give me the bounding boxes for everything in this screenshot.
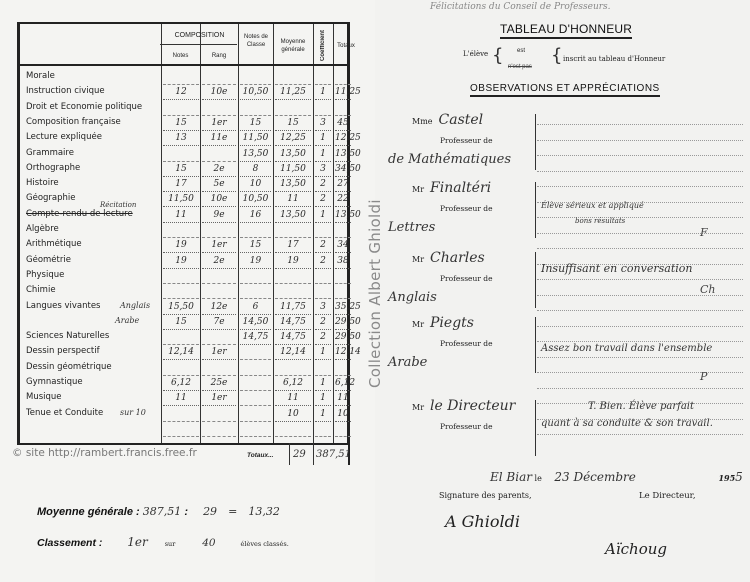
observation-dotted-line bbox=[537, 217, 743, 218]
cell-coef: 2 bbox=[315, 238, 331, 253]
teacher-block: MrPiegtsProfesseur deArabe bbox=[380, 315, 540, 377]
professeur-de-label: Professeur de bbox=[440, 422, 493, 431]
totaux-coefficient: 29 bbox=[293, 449, 306, 460]
cell-moyenne: 11,50 bbox=[275, 162, 311, 177]
cell-coef: 2 bbox=[315, 177, 331, 192]
cell-moyenne: 12,14 bbox=[275, 345, 311, 360]
teacher-name: MmeCastel bbox=[412, 112, 483, 128]
cell-total: 34 bbox=[335, 238, 351, 253]
observation-dotted-line bbox=[537, 155, 743, 156]
date-year-prefix: 195 bbox=[718, 473, 735, 483]
cell-moyenne: 13,50 bbox=[275, 177, 311, 192]
subject-annotation: Anglais bbox=[120, 301, 150, 310]
cell-moyenne: 11,25 bbox=[275, 85, 311, 100]
cell-notes bbox=[163, 147, 199, 162]
cell-coef: 2 bbox=[315, 192, 331, 207]
moyenne-sep: : bbox=[184, 506, 188, 518]
subject-label: Instruction civique bbox=[26, 86, 161, 96]
cell-moyenne: 10 bbox=[275, 407, 311, 422]
cell-moyenne: 11 bbox=[275, 391, 311, 406]
table-row: Physique bbox=[20, 269, 347, 284]
cell-classe bbox=[240, 284, 271, 299]
classement: Classement : 1er sur 40 élèves classés. bbox=[37, 535, 289, 549]
observation-text: quant à sa conduite & son travail. bbox=[541, 418, 713, 429]
cell-rang: 1er bbox=[202, 238, 236, 253]
cell-rang: 2e bbox=[202, 254, 236, 269]
cell-notes bbox=[163, 330, 199, 345]
cell-classe: 8 bbox=[240, 162, 271, 177]
professeur-de-label: Professeur de bbox=[440, 339, 493, 348]
teacher-block: MrFinaltériProfesseur deLettres bbox=[380, 180, 540, 242]
cell-notes: 19 bbox=[163, 254, 199, 269]
cell-coef: 2 bbox=[315, 254, 331, 269]
teacher-name: MrPiegts bbox=[412, 315, 474, 331]
eleve-label: L'élève bbox=[463, 50, 488, 58]
professeur-de-label: Professeur de bbox=[440, 136, 493, 145]
cell-moyenne: 13,50 bbox=[275, 208, 311, 223]
cell-total bbox=[335, 361, 351, 376]
brace-left: { bbox=[492, 45, 503, 66]
totals-divider bbox=[313, 443, 314, 465]
moyenne-coef: 29 bbox=[203, 505, 217, 518]
cell-notes bbox=[163, 269, 199, 284]
table-row: Tenue et Conduite10110sur 10 bbox=[20, 407, 347, 422]
cell-notes: 11 bbox=[163, 208, 199, 223]
cell-total: 22 bbox=[335, 192, 351, 207]
date-place: El Biar bbox=[490, 470, 532, 484]
table-row: Géométrie192e1919238 bbox=[20, 254, 347, 269]
cell-classe bbox=[240, 223, 271, 238]
cell-total: 29,50 bbox=[335, 330, 351, 345]
cell-moyenne bbox=[275, 361, 311, 376]
cell-total: 29,50 bbox=[335, 315, 351, 330]
cell-coef: 1 bbox=[315, 376, 331, 391]
subject-label: Arithmétique bbox=[26, 239, 161, 249]
observation-dotted-line bbox=[537, 140, 743, 141]
teacher-title: Mme bbox=[412, 117, 433, 126]
cell-rang: 1er bbox=[202, 391, 236, 406]
cell-coef bbox=[315, 269, 331, 284]
cell-moyenne bbox=[275, 422, 311, 437]
moyenne-eq: = bbox=[228, 505, 237, 518]
cell-classe: 16 bbox=[240, 208, 271, 223]
cell-total: 38 bbox=[335, 254, 351, 269]
teacher-subject: Lettres bbox=[388, 220, 435, 235]
cell-total: 11,25 bbox=[335, 85, 351, 100]
director-signature: Aïchoug bbox=[605, 540, 667, 558]
cell-total: 12,25 bbox=[335, 131, 351, 146]
subject-label: Dessin perspectif bbox=[26, 346, 161, 356]
cell-total: 13,50 bbox=[335, 208, 351, 223]
subject-label: Droit et Economie politique bbox=[26, 102, 161, 112]
subject-label: Musique bbox=[26, 392, 161, 402]
observation-dotted-line bbox=[537, 248, 743, 249]
cell-coef: 1 bbox=[315, 131, 331, 146]
header-composition: COMPOSITION bbox=[161, 32, 238, 40]
table-row: Chimie bbox=[20, 284, 347, 299]
cell-coef bbox=[315, 422, 331, 437]
brace-bar bbox=[535, 252, 536, 308]
date-le: le bbox=[535, 474, 542, 483]
cell-classe: 10,50 bbox=[240, 192, 271, 207]
cell-total: 35,25 bbox=[335, 300, 351, 315]
cell-classe bbox=[240, 407, 271, 422]
classement-rank: 1er bbox=[127, 535, 147, 549]
parent-signature: A Ghioldi bbox=[445, 512, 520, 531]
cell-total: 6,12 bbox=[335, 376, 351, 391]
header-totaux: Totaux bbox=[336, 42, 356, 50]
date-line: El Biar le 23 Décembre 1955 bbox=[490, 470, 743, 484]
table-row: Sciences Naturelles14,7514,75229,50 bbox=[20, 330, 347, 345]
subject-label: Lecture expliquée bbox=[26, 132, 161, 142]
cell-coef: 2 bbox=[315, 315, 331, 330]
subject-label: Chimie bbox=[26, 285, 161, 295]
totaux-label: Totaux... bbox=[247, 452, 273, 459]
cell-total: 13,50 bbox=[335, 147, 351, 162]
totaux-total: 387,51 bbox=[316, 449, 351, 460]
est-label: est bbox=[517, 48, 525, 54]
teacher-surname: Charles bbox=[430, 250, 485, 266]
cell-moyenne bbox=[275, 70, 311, 85]
cell-moyenne bbox=[275, 284, 311, 299]
subject-label: Dessin géométrique bbox=[26, 362, 161, 372]
cell-notes bbox=[163, 223, 199, 238]
inscrit-label: inscrit au tableau d'Honneur bbox=[563, 55, 665, 63]
cell-rang bbox=[202, 407, 236, 422]
cell-total: 27 bbox=[335, 177, 351, 192]
cell-coef: 1 bbox=[315, 345, 331, 360]
signature-parents-label: Signature des parents, bbox=[439, 491, 532, 500]
subject-label: Physique bbox=[26, 270, 161, 280]
cell-total: 45 bbox=[335, 116, 351, 131]
teacher-block: Mrle DirecteurProfesseur de bbox=[380, 398, 540, 460]
cell-classe: 10,50 bbox=[240, 85, 271, 100]
teacher-surname: Castel bbox=[439, 112, 484, 128]
cell-classe bbox=[240, 376, 271, 391]
moyenne-label: Moyenne générale : bbox=[37, 506, 140, 518]
cell-rang bbox=[202, 361, 236, 376]
cell-coef bbox=[315, 101, 331, 116]
cell-moyenne: 11,75 bbox=[275, 300, 311, 315]
teacher-surname: Finaltéri bbox=[430, 180, 491, 196]
teacher-subject: Arabe bbox=[388, 355, 427, 370]
cell-rang: 7e bbox=[202, 315, 236, 330]
observation-dotted-line bbox=[537, 279, 743, 280]
teacher-title: Mr bbox=[412, 320, 424, 329]
professeur-de-label: Professeur de bbox=[440, 204, 493, 213]
teacher-block: MrCharlesProfesseur deAnglais bbox=[380, 250, 540, 312]
table-row: Composition française151er1515345 bbox=[20, 116, 347, 131]
moyenne-result: 13,32 bbox=[248, 505, 280, 518]
cell-moyenne bbox=[275, 269, 311, 284]
table-row: Histoire175e1013,50227 bbox=[20, 177, 347, 192]
cell-coef bbox=[315, 223, 331, 238]
cell-classe bbox=[240, 101, 271, 116]
observation-text: Insuffisant en conversation bbox=[541, 262, 692, 275]
brace-right: { bbox=[551, 45, 562, 66]
cell-coef: 1 bbox=[315, 147, 331, 162]
cell-classe: 14,75 bbox=[240, 330, 271, 345]
cell-coef: 3 bbox=[315, 162, 331, 177]
teacher-name: Mrle Directeur bbox=[412, 398, 515, 414]
cell-notes: 11 bbox=[163, 391, 199, 406]
moyenne-generale: Moyenne générale : 387,51 : 29 = 13,32 bbox=[37, 505, 280, 518]
teacher-surname: le Directeur bbox=[430, 398, 515, 414]
tableau-honneur-title: TABLEAU D'HONNEUR bbox=[500, 22, 632, 39]
cell-total: 34,50 bbox=[335, 162, 351, 177]
observation-dotted-line bbox=[537, 233, 743, 234]
cell-notes: 19 bbox=[163, 238, 199, 253]
observation-dotted-line bbox=[537, 186, 743, 187]
table-row: Instruction civique1210e10,5011,25111,25 bbox=[20, 85, 347, 100]
cell-notes: 11,50 bbox=[163, 192, 199, 207]
cell-moyenne bbox=[275, 223, 311, 238]
subject-label: Géométrie bbox=[26, 255, 161, 265]
teacher-block: MmeCastelProfesseur dede Mathématiques bbox=[380, 112, 540, 174]
cell-classe bbox=[240, 361, 271, 376]
cell-rang bbox=[202, 101, 236, 116]
cell-rang: 10e bbox=[202, 192, 236, 207]
cell-classe bbox=[240, 422, 271, 437]
cell-moyenne: 13,50 bbox=[275, 147, 311, 162]
observation-text: bons résultats bbox=[575, 217, 625, 225]
cell-moyenne: 19 bbox=[275, 254, 311, 269]
brace-bar bbox=[535, 114, 536, 170]
cell-coef: 1 bbox=[315, 391, 331, 406]
brace-bar bbox=[535, 400, 536, 456]
observation-text: T. Bien. Élève parfait bbox=[588, 401, 694, 412]
cell-total bbox=[335, 70, 351, 85]
teacher-surname: Piegts bbox=[430, 315, 474, 331]
cell-rang bbox=[202, 147, 236, 162]
subject-label: Compte-rendu de lecture bbox=[26, 209, 161, 219]
felicitations-note: Félicitations du Conseil de Professeurs. bbox=[430, 2, 611, 12]
cell-notes: 15 bbox=[163, 116, 199, 131]
cell-notes: 17 bbox=[163, 177, 199, 192]
table-row: Gymnastique6,1225e6,1216,12 bbox=[20, 376, 347, 391]
cell-rang: 9e bbox=[202, 208, 236, 223]
cell-total bbox=[335, 284, 351, 299]
subject-label: Histoire bbox=[26, 178, 161, 188]
cell-notes bbox=[163, 422, 199, 437]
cell-classe: 14,50 bbox=[240, 315, 271, 330]
cell-total: 10 bbox=[335, 407, 351, 422]
cell-rang: 11e bbox=[202, 131, 236, 146]
cell-classe: 19 bbox=[240, 254, 271, 269]
directeur-label: Le Directeur, bbox=[639, 491, 696, 501]
table-row: Langues vivantes15,5012e611,75335,25Angl… bbox=[20, 300, 347, 315]
cell-total bbox=[335, 101, 351, 116]
cell-notes: 13 bbox=[163, 131, 199, 146]
cell-rang bbox=[202, 284, 236, 299]
cell-rang bbox=[202, 422, 236, 437]
cell-notes: 15,50 bbox=[163, 300, 199, 315]
cell-notes bbox=[163, 407, 199, 422]
cell-notes: 15 bbox=[163, 162, 199, 177]
cell-rang bbox=[202, 330, 236, 345]
cell-rang: 1er bbox=[202, 345, 236, 360]
observation-dotted-line bbox=[537, 372, 743, 373]
teacher-title: Mr bbox=[412, 403, 424, 412]
classement-label: Classement : bbox=[37, 537, 102, 549]
cell-classe: 10 bbox=[240, 177, 271, 192]
cell-coef: 2 bbox=[315, 330, 331, 345]
cell-notes: 15 bbox=[163, 315, 199, 330]
cell-moyenne: 11 bbox=[275, 192, 311, 207]
cell-coef: 1 bbox=[315, 407, 331, 422]
cell-notes: 6,12 bbox=[163, 376, 199, 391]
subject-annotation: Récitation bbox=[100, 201, 136, 209]
table-row: Grammaire13,5013,50113,50 bbox=[20, 147, 347, 162]
cell-notes bbox=[163, 361, 199, 376]
cell-notes: 12,14 bbox=[163, 345, 199, 360]
header-rang: Rang bbox=[200, 52, 238, 60]
subject-label: Algèbre bbox=[26, 224, 161, 234]
cell-coef bbox=[315, 284, 331, 299]
cell-classe bbox=[240, 391, 271, 406]
cell-total bbox=[335, 422, 351, 437]
cell-rang bbox=[202, 269, 236, 284]
cell-rang: 2e bbox=[202, 162, 236, 177]
professeur-de-label: Professeur de bbox=[440, 274, 493, 283]
cell-classe: 15 bbox=[240, 116, 271, 131]
cell-classe: 6 bbox=[240, 300, 271, 315]
cell-rang bbox=[202, 223, 236, 238]
cell-total: 12,14 bbox=[335, 345, 351, 360]
observation-dotted-line bbox=[537, 124, 743, 125]
classement-sur: sur bbox=[165, 540, 176, 548]
observations-title: OBSERVATIONS ET APPRÉCIATIONS bbox=[470, 83, 660, 97]
table-row: 157e14,5014,75229,50Arabe bbox=[20, 315, 347, 330]
teacher-subject: de Mathématiques bbox=[388, 152, 511, 167]
table-row: Dessin perspectif12,141er12,14112,14 bbox=[20, 345, 347, 360]
header-notes-classe: Notes de Classe bbox=[241, 33, 271, 49]
header-moyenne-generale: Moyenne générale bbox=[275, 38, 311, 54]
teacher-name: MrFinaltéri bbox=[412, 180, 491, 196]
teacher-title: Mr bbox=[412, 255, 424, 264]
teacher-initials: Ch bbox=[700, 283, 716, 296]
cell-moyenne: 14,75 bbox=[275, 330, 311, 345]
observation-dotted-line bbox=[537, 341, 743, 342]
cell-rang: 25e bbox=[202, 376, 236, 391]
cell-classe bbox=[240, 70, 271, 85]
subject-label: Sciences Naturelles bbox=[26, 331, 161, 341]
observation-dotted-line bbox=[537, 434, 743, 435]
table-header: COMPOSITION Notes Rang Notes de Classe M… bbox=[20, 24, 347, 66]
date-day-month: 23 Décembre bbox=[554, 470, 636, 484]
observation-dotted-line bbox=[537, 326, 743, 327]
table-row: Géographie11,5010e10,5011222 bbox=[20, 192, 347, 207]
cell-moyenne: 14,75 bbox=[275, 315, 311, 330]
cell-coef: 3 bbox=[315, 116, 331, 131]
table-row bbox=[20, 422, 347, 437]
table-row: Dessin géométrique bbox=[20, 361, 347, 376]
cell-rang: 1er bbox=[202, 116, 236, 131]
cell-total bbox=[335, 269, 351, 284]
cell-notes: 12 bbox=[163, 85, 199, 100]
cell-rang bbox=[202, 70, 236, 85]
subject-label: Composition française bbox=[26, 117, 161, 127]
observation-dotted-line bbox=[537, 357, 743, 358]
cell-notes bbox=[163, 70, 199, 85]
cell-coef bbox=[315, 361, 331, 376]
cell-notes bbox=[163, 284, 199, 299]
cell-classe: 13,50 bbox=[240, 147, 271, 162]
nest-pas-label: n'est pas bbox=[508, 64, 532, 70]
cell-classe bbox=[240, 345, 271, 360]
table-row: Musique111er11111 bbox=[20, 391, 347, 406]
brace-bar bbox=[535, 182, 536, 238]
table-row: Morale bbox=[20, 70, 347, 85]
cell-moyenne bbox=[275, 101, 311, 116]
observation-dotted-line bbox=[537, 388, 743, 389]
classement-suffix: élèves classés. bbox=[241, 540, 289, 548]
subject-label: Orthographe bbox=[26, 163, 161, 173]
cell-coef bbox=[315, 70, 331, 85]
cell-classe: 15 bbox=[240, 238, 271, 253]
cell-coef: 1 bbox=[315, 208, 331, 223]
table-row: Compte-rendu de lecture119e1613,50113,50… bbox=[20, 208, 347, 223]
cell-classe bbox=[240, 269, 271, 284]
table-row: Arithmétique191er1517234 bbox=[20, 238, 347, 253]
cell-coef: 3 bbox=[315, 300, 331, 315]
subject-annotation: sur 10 bbox=[120, 408, 146, 417]
observation-dotted-line bbox=[537, 310, 743, 311]
date-year-suffix: 5 bbox=[735, 470, 743, 484]
teacher-subject: Anglais bbox=[388, 290, 437, 305]
teacher-name: MrCharles bbox=[412, 250, 485, 266]
cell-coef: 1 bbox=[315, 85, 331, 100]
site-watermark: © site http://rambert.francis.free.fr bbox=[12, 447, 197, 459]
cell-rang: 10e bbox=[202, 85, 236, 100]
table-row: Orthographe152e811,50334,50 bbox=[20, 162, 347, 177]
header-coefficient: Coefficient bbox=[320, 30, 326, 61]
classement-count: 40 bbox=[202, 537, 215, 549]
totals-divider bbox=[289, 443, 290, 465]
cell-moyenne: 15 bbox=[275, 116, 311, 131]
table-row: Droit et Economie politique bbox=[20, 101, 347, 116]
table-row: Lecture expliquée1311e11,5012,25112,25 bbox=[20, 131, 347, 146]
moyenne-total: 387,51 bbox=[143, 505, 182, 518]
subject-label: Géographie bbox=[26, 193, 161, 203]
cell-moyenne: 6,12 bbox=[275, 376, 311, 391]
cell-total bbox=[335, 223, 351, 238]
header-notes: Notes bbox=[161, 52, 200, 60]
cell-rang: 5e bbox=[202, 177, 236, 192]
cell-classe: 11,50 bbox=[240, 131, 271, 146]
cell-notes bbox=[163, 101, 199, 116]
observation-text: Assez bon travail dans l'ensemble bbox=[541, 343, 712, 354]
grades-table: COMPOSITION Notes Rang Notes de Classe M… bbox=[17, 22, 350, 445]
cell-rang: 12e bbox=[202, 300, 236, 315]
subject-label: Gymnastique bbox=[26, 377, 161, 387]
cell-moyenne: 17 bbox=[275, 238, 311, 253]
observation-dotted-line bbox=[537, 171, 743, 172]
subject-annotation: Arabe bbox=[115, 316, 139, 325]
subject-label: Grammaire bbox=[26, 148, 161, 158]
teacher-initials: F bbox=[700, 226, 708, 239]
table-row: Algèbre bbox=[20, 223, 347, 238]
brace-bar bbox=[535, 317, 536, 373]
cell-moyenne: 12,25 bbox=[275, 131, 311, 146]
cell-total: 11 bbox=[335, 391, 351, 406]
subject-label: Morale bbox=[26, 71, 161, 81]
teacher-initials: P bbox=[700, 370, 707, 383]
observation-text: Élève sérieux et appliqué bbox=[541, 201, 644, 210]
teacher-title: Mr bbox=[412, 185, 424, 194]
